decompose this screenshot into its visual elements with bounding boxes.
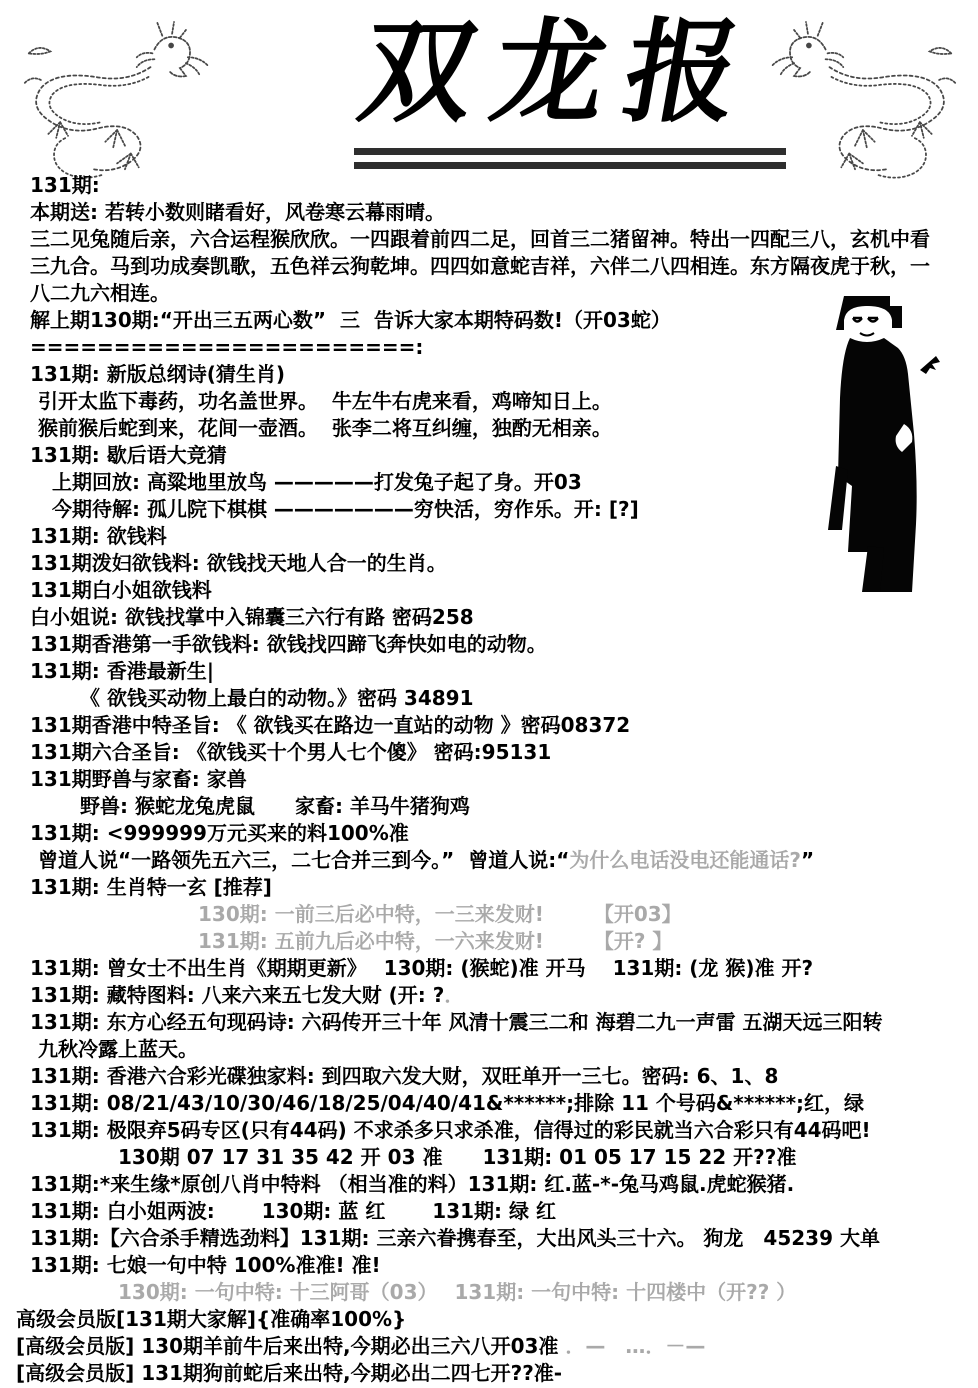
line-text: 131期: 东方心经五句现码诗: 六码传开三十年 风清十震三二和 海碧二九一声雷… bbox=[30, 1010, 883, 1034]
text-line-38: 131期: 白小姐两波: 130期: 蓝 红 131期: 绿 红 bbox=[30, 1198, 970, 1225]
line-text: 猴前猴后蛇到来，花间一壶酒。 张李二将互纠缠，独酌无相亲。 bbox=[38, 416, 612, 440]
dragon-icon bbox=[12, 20, 234, 182]
line-text: 131期野兽与家畜: 家兽 bbox=[30, 767, 247, 791]
line-text: 为什么电话没电还能通话? bbox=[569, 848, 801, 872]
text-line-3: 三九合。马到功成奏凯歌，五色祥云狗乾坤。四四如意蛇吉祥，六伴二八四相连。东方隔夜… bbox=[30, 253, 970, 280]
text-line-20: 131期香港中特圣旨: 《 欲钱买在路边一直站的动物 》密码08372 bbox=[30, 712, 970, 739]
line-text: 131期: 七娘一句中特 100%准准! 准! bbox=[30, 1253, 381, 1277]
line-text: 130期: 一句中特: 十三阿哥（03） 131期: 一句中特: 十四楼中（开?… bbox=[118, 1280, 796, 1304]
text-line-33: 131期: 香港六合彩光碟独家料: 到四取六发大财，双旺单开一三七。密码: 6、… bbox=[30, 1063, 970, 1090]
line-text: 131期: 歇后语大竞猜 bbox=[30, 443, 227, 467]
text-line-26: 131期: 生肖特一玄 [推荐] bbox=[30, 874, 970, 901]
line-text: 高级会员版[131期大家解]{准确率100%} bbox=[16, 1307, 406, 1331]
line-text: 131期: 藏特图料: 八来六来五七发大财 (开: ? bbox=[30, 983, 444, 1007]
text-line-19: 《 欲钱买动物上最白的动物。》密码 34891 bbox=[30, 685, 970, 712]
text-line-4: 八二九六相连。 bbox=[30, 280, 970, 307]
text-column: 131期:本期送: 若转小数则睹看好，风卷寒云幕雨晴。三二见兔随后亲，六合运程猴… bbox=[30, 172, 970, 1387]
line-text: 131期: 欲钱料 bbox=[30, 524, 167, 548]
line-text: ．— …．－— bbox=[558, 1334, 705, 1358]
line-text: 131期: 08/21/43/10/30/46/18/25/04/40/41&*… bbox=[30, 1091, 864, 1115]
line-text: 131期: 生肖特一玄 [推荐] bbox=[30, 875, 272, 899]
text-line-27: 130期: 一前三后必中特，一三来发财! 【开03】 bbox=[30, 901, 970, 928]
line-text: 131期: 白小姐两波: 130期: 蓝 红 131期: 绿 红 bbox=[30, 1199, 556, 1223]
text-line-42: 高级会员版[131期大家解]{准确率100%} bbox=[16, 1306, 970, 1333]
line-text: 131期: 五前九后必中特，一六来发财! 【开? 】 bbox=[198, 929, 672, 953]
text-line-23: 野兽: 猴蛇龙兔虎鼠 家畜: 羊马牛猪狗鸡 bbox=[30, 793, 970, 820]
text-line-10: 131期: 歇后语大竞猜 bbox=[30, 442, 970, 469]
text-line-43: [高级会员版] 130期羊前牛后来出特,今期必出三六八开03准 ．— …．－— bbox=[16, 1333, 970, 1360]
text-line-7: 131期: 新版总纲诗(猜生肖) bbox=[30, 361, 970, 388]
text-line-18: 131期: 香港最新生| bbox=[30, 658, 970, 685]
line-text: ． bbox=[444, 983, 464, 1007]
line-text: 131期:*来生缘*原创八肖中特料 （相当准的料）131期: 红.蓝-*-兔马鸡… bbox=[30, 1172, 794, 1196]
line-text: 131期: 香港最新生| bbox=[30, 659, 214, 683]
line-text: =======================: bbox=[30, 335, 423, 359]
line-text: 三二见兔随后亲，六合运程猴欣欣。一四跟着前四二足，回首三二猪留神。特出一四配三八… bbox=[30, 227, 930, 251]
text-line-21: 131期六合圣旨: 《欲钱买十个男人七个傻》 密码:95131 bbox=[30, 739, 970, 766]
line-text: [高级会员版] 130期羊前牛后来出特,今期必出三六八开03准 bbox=[16, 1334, 558, 1358]
line-text: 131期: bbox=[30, 173, 100, 197]
text-line-28: 131期: 五前九后必中特，一六来发财! 【开? 】 bbox=[30, 928, 970, 955]
line-text: 野兽: 猴蛇龙兔虎鼠 家畜: 羊马牛猪狗鸡 bbox=[80, 794, 470, 818]
text-line-31: 131期: 东方心经五句现码诗: 六码传开三十年 风清十震三二和 海碧二九一声雷… bbox=[30, 1009, 970, 1036]
line-text: 131期香港中特圣旨: 《 欲钱买在路边一直站的动物 》密码08372 bbox=[30, 713, 630, 737]
text-line-13: 131期: 欲钱料 bbox=[30, 523, 970, 550]
line-text: 上期回放: 高粱地里放鸟 —————打发兔子起了身。开03 bbox=[52, 470, 582, 494]
line-text: 曾道人说“一路领先五六三，二七合并三到今。” 曾道人说:“ bbox=[38, 848, 569, 872]
text-line-15: 131期白小姐欲钱料 bbox=[30, 577, 970, 604]
text-line-30: 131期: 藏特图料: 八来六来五七发大财 (开: ?． bbox=[30, 982, 970, 1009]
line-text: 131期: 新版总纲诗(猜生肖) bbox=[30, 362, 285, 386]
line-text: 三九合。马到功成奏凯歌，五色祥云狗乾坤。四四如意蛇吉祥，六伴二八四相连。东方隔夜… bbox=[30, 254, 930, 278]
line-text: 131期六合圣旨: 《欲钱买十个男人七个傻》 密码:95131 bbox=[30, 740, 551, 764]
rule-bar bbox=[354, 162, 786, 169]
text-line-1: 本期送: 若转小数则睹看好，风卷寒云幕雨晴。 bbox=[30, 199, 970, 226]
text-line-14: 131期泼妇欲钱料: 欲钱找天地人合一的生肖。 bbox=[30, 550, 970, 577]
text-line-6: =======================: bbox=[30, 334, 970, 361]
text-line-9: 猴前猴后蛇到来，花间一壶酒。 张李二将互纠缠，独酌无相亲。 bbox=[30, 415, 970, 442]
newspaper-page: 双龙报 bbox=[0, 0, 978, 1388]
line-text: 八二九六相连。 bbox=[30, 281, 170, 305]
line-text: 131期: 香港六合彩光碟独家料: 到四取六发大财，双旺单开一三七。密码: 6、… bbox=[30, 1064, 778, 1088]
text-line-16: 白小姐说: 欲钱找掌中入锦囊三六行有路 密码258 bbox=[30, 604, 970, 631]
line-text: [高级会员版] 131期狗前蛇后来出特,今期必出二四七开??准- bbox=[16, 1361, 562, 1385]
text-line-8: 引开太监下毒药，功名盖世界。 牛左牛右虎来看，鸡啼知日上。 bbox=[30, 388, 970, 415]
line-text: 引开太监下毒药，功名盖世界。 牛左牛右虎来看，鸡啼知日上。 bbox=[38, 389, 612, 413]
text-line-35: 131期: 极限弃5码专区(只有44码) 不求杀多只求杀准，信得过的彩民就当六合… bbox=[30, 1117, 970, 1144]
line-text: 白小姐说: 欲钱找掌中入锦囊三六行有路 密码258 bbox=[30, 605, 474, 629]
text-line-17: 131期香港第一手欲钱料: 欲钱找四蹄飞奔快如电的动物。 bbox=[30, 631, 970, 658]
text-line-32: 九秋冷露上蓝天。 bbox=[30, 1036, 970, 1063]
line-text: 131期香港第一手欲钱料: 欲钱找四蹄飞奔快如电的动物。 bbox=[30, 632, 547, 656]
text-line-5: 解上期130期:“开出三五两心数” 三 告诉大家本期特码数!（开03蛇） bbox=[30, 307, 970, 334]
line-text: 131期: 曾女士不出生肖《期期更新》 130期: (猴蛇)准 开马 131期:… bbox=[30, 956, 813, 980]
line-text: 130期: 一前三后必中特，一三来发财! 【开03】 bbox=[198, 902, 682, 926]
line-text: 131期泼妇欲钱料: 欲钱找天地人合一的生肖。 bbox=[30, 551, 447, 575]
line-text: 131期白小姐欲钱料 bbox=[30, 578, 212, 602]
line-text: 九秋冷露上蓝天。 bbox=[38, 1037, 198, 1061]
text-line-34: 131期: 08/21/43/10/30/46/18/25/04/40/41&*… bbox=[30, 1090, 970, 1117]
line-text: 130期 07 17 31 35 42 开 03 准 131期: 01 05 1… bbox=[118, 1145, 796, 1169]
line-text: 131期: <999999万元买来的料100%准 bbox=[30, 821, 409, 845]
text-line-39: 131期:【六合杀手精选劲料】131期: 三亲六眷携春至，大出风头三十六。 狗龙… bbox=[30, 1225, 970, 1252]
text-line-11: 上期回放: 高粱地里放鸟 —————打发兔子起了身。开03 bbox=[30, 469, 970, 496]
masthead: 双龙报 bbox=[0, 0, 978, 175]
line-text: 今期待解: 孤儿院下棋棋 ———————穷快活，穷作乐。开: [?] bbox=[52, 497, 639, 521]
text-line-24: 131期: <999999万元买来的料100%准 bbox=[30, 820, 970, 847]
line-text: 本期送: 若转小数则睹看好，风卷寒云幕雨晴。 bbox=[30, 200, 445, 224]
text-line-25: 曾道人说“一路领先五六三，二七合并三到今。” 曾道人说:“为什么电话没电还能通话… bbox=[30, 847, 970, 874]
text-line-0: 131期: bbox=[30, 172, 970, 199]
text-line-12: 今期待解: 孤儿院下棋棋 ———————穷快活，穷作乐。开: [?] bbox=[30, 496, 970, 523]
line-text: ” bbox=[801, 848, 814, 872]
text-line-36: 130期 07 17 31 35 42 开 03 准 131期: 01 05 1… bbox=[30, 1144, 970, 1171]
text-line-41: 130期: 一句中特: 十三阿哥（03） 131期: 一句中特: 十四楼中（开?… bbox=[30, 1279, 970, 1306]
line-text: 《 欲钱买动物上最白的动物。》密码 34891 bbox=[80, 686, 474, 710]
line-text: 131期:【六合杀手精选劲料】131期: 三亲六眷携春至，大出风头三十六。 狗龙… bbox=[30, 1226, 880, 1250]
text-line-40: 131期: 七娘一句中特 100%准准! 准! bbox=[30, 1252, 970, 1279]
text-line-44: [高级会员版] 131期狗前蛇后来出特,今期必出二四七开??准- bbox=[16, 1360, 970, 1387]
text-line-2: 三二见兔随后亲，六合运程猴欣欣。一四跟着前四二足，回首三二猪留神。特出一四配三八… bbox=[30, 226, 970, 253]
line-text: 131期: 极限弃5码专区(只有44码) 不求杀多只求杀准，信得过的彩民就当六合… bbox=[30, 1118, 871, 1142]
text-line-29: 131期: 曾女士不出生肖《期期更新》 130期: (猴蛇)准 开马 131期:… bbox=[30, 955, 970, 982]
line-text: 解上期130期:“开出三五两心数” 三 告诉大家本期特码数!（开03蛇） bbox=[30, 308, 671, 332]
rule-bar bbox=[354, 148, 786, 155]
text-line-22: 131期野兽与家畜: 家兽 bbox=[30, 766, 970, 793]
text-line-37: 131期:*来生缘*原创八肖中特料 （相当准的料）131期: 红.蓝-*-兔马鸡… bbox=[30, 1171, 970, 1198]
